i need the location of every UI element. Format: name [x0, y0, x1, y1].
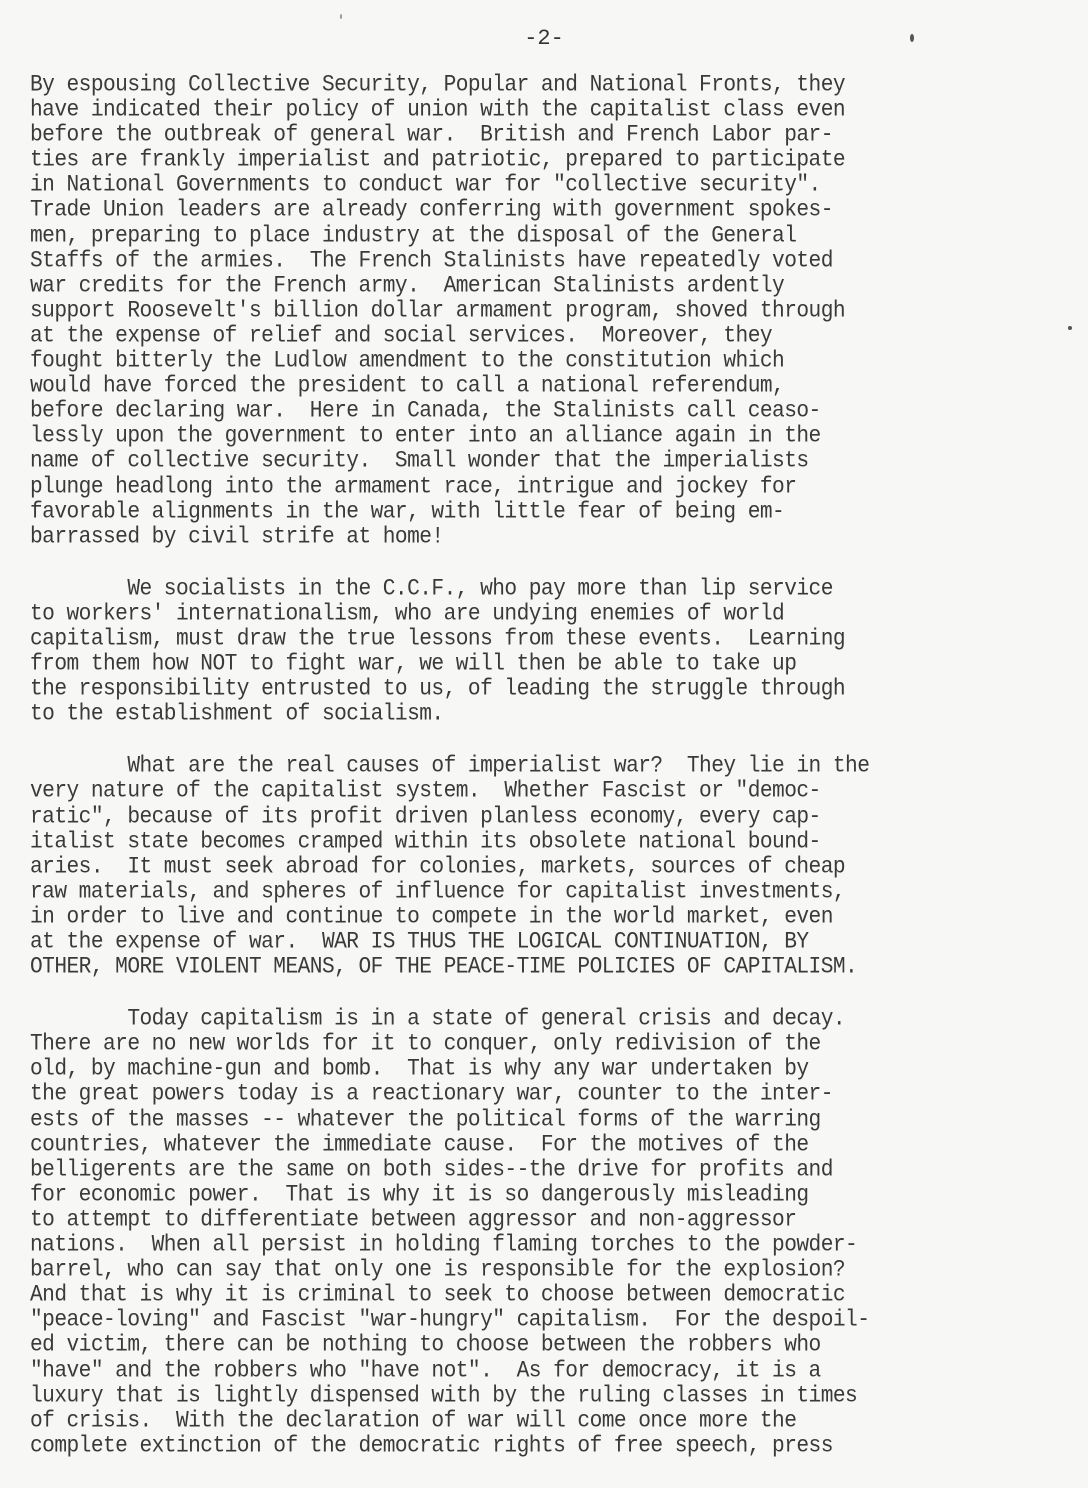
paragraph-3: What are the real causes of imperialist … [30, 753, 1070, 979]
text-line: name of collective security. Small wonde… [30, 448, 1070, 475]
text-line: have indicated their policy of union wit… [30, 97, 1070, 124]
text-line: By espousing Collective Security, Popula… [30, 72, 1070, 99]
text-line: at the expense of war. WAR IS THUS THE L… [30, 929, 1070, 956]
text-line: of crisis. With the declaration of war w… [30, 1408, 1070, 1435]
text-line: for economic power. That is why it is so… [30, 1182, 1070, 1209]
text-line: complete extinction of the democratic ri… [30, 1433, 1070, 1460]
text-line: barrel, who can say that only one is res… [30, 1257, 1070, 1284]
text-line: countries, whatever the immediate cause.… [30, 1132, 1070, 1159]
text-line: capitalism, must draw the true lessons f… [30, 626, 1070, 653]
text-line: lessly upon the government to enter into… [30, 423, 1070, 450]
text-line: Trade Union leaders are already conferri… [30, 197, 1070, 224]
ink-speck [910, 34, 914, 42]
text-line: aries. It must seek abroad for colonies,… [30, 854, 1070, 881]
paragraph-gap [30, 979, 1070, 1006]
text-line: would have forced the president to call … [30, 373, 1070, 400]
text-line: We socialists in the C.C.F., who pay mor… [30, 576, 1070, 603]
text-line: There are no new worlds for it to conque… [30, 1031, 1070, 1058]
text-line: Staffs of the armies. The French Stalini… [30, 248, 1070, 275]
document-body: By espousing Collective Security, Popula… [30, 72, 1070, 1458]
text-line: support Roosevelt's billion dollar armam… [30, 298, 1070, 325]
paragraph-4: Today capitalism is in a state of genera… [30, 1006, 1070, 1458]
text-line: men, preparing to place industry at the … [30, 223, 1070, 250]
text-line: at the expense of relief and social serv… [30, 323, 1070, 350]
text-line: Today capitalism is in a state of genera… [30, 1006, 1070, 1033]
text-line: old, by machine-gun and bomb. That is wh… [30, 1056, 1070, 1083]
text-line: raw materials, and spheres of influence … [30, 879, 1070, 906]
text-line: plunge headlong into the armament race, … [30, 474, 1070, 501]
text-line: fought bitterly the Ludlow amendment to … [30, 348, 1070, 375]
text-line: luxury that is lightly dispensed with by… [30, 1383, 1070, 1410]
text-line: the great powers today is a reactionary … [30, 1081, 1070, 1108]
text-line: very nature of the capitalist system. Wh… [30, 778, 1070, 805]
text-line: to the establishment of socialism. [30, 701, 1070, 728]
paragraph-1: By espousing Collective Security, Popula… [30, 72, 1070, 549]
text-line: OTHER, MORE VIOLENT MEANS, OF THE PEACE-… [30, 954, 1070, 981]
text-line: war credits for the French army. America… [30, 273, 1070, 300]
text-line: "peace-loving" and Fascist "war-hungry" … [30, 1307, 1070, 1334]
text-line: the responsibility entrusted to us, of l… [30, 676, 1070, 703]
text-line: What are the real causes of imperialist … [30, 753, 1070, 780]
text-line: belligerents are the same on both sides-… [30, 1157, 1070, 1184]
text-line: to attempt to differentiate between aggr… [30, 1207, 1070, 1234]
text-line: barrassed by civil strife at home! [30, 524, 1070, 551]
text-line: "have" and the robbers who "have not". A… [30, 1358, 1070, 1385]
text-line: in National Governments to conduct war f… [30, 172, 1070, 199]
paragraph-2: We socialists in the C.C.F., who pay mor… [30, 576, 1070, 727]
text-line: before declaring war. Here in Canada, th… [30, 398, 1070, 425]
text-line: from them how NOT to fight war, we will … [30, 651, 1070, 678]
text-line: nations. When all persist in holding fla… [30, 1232, 1070, 1259]
text-line: favorable alignments in the war, with li… [30, 499, 1070, 526]
page-number: -2- [0, 26, 1088, 51]
paragraph-gap [30, 549, 1070, 576]
text-line: in order to live and continue to compete… [30, 904, 1070, 931]
text-line: italist state becomes cramped within its… [30, 829, 1070, 856]
paragraph-gap [30, 726, 1070, 753]
text-line: ed victim, there can be nothing to choos… [30, 1332, 1070, 1359]
text-line: And that is why it is criminal to seek t… [30, 1282, 1070, 1309]
text-line: ratic", because of its profit driven pla… [30, 804, 1070, 831]
text-line: ties are frankly imperialist and patriot… [30, 147, 1070, 174]
text-line: before the outbreak of general war. Brit… [30, 122, 1070, 149]
text-line: to workers' internationalism, who are un… [30, 601, 1070, 628]
ink-speck [340, 14, 342, 19]
text-line: ests of the masses -- whatever the polit… [30, 1107, 1070, 1134]
